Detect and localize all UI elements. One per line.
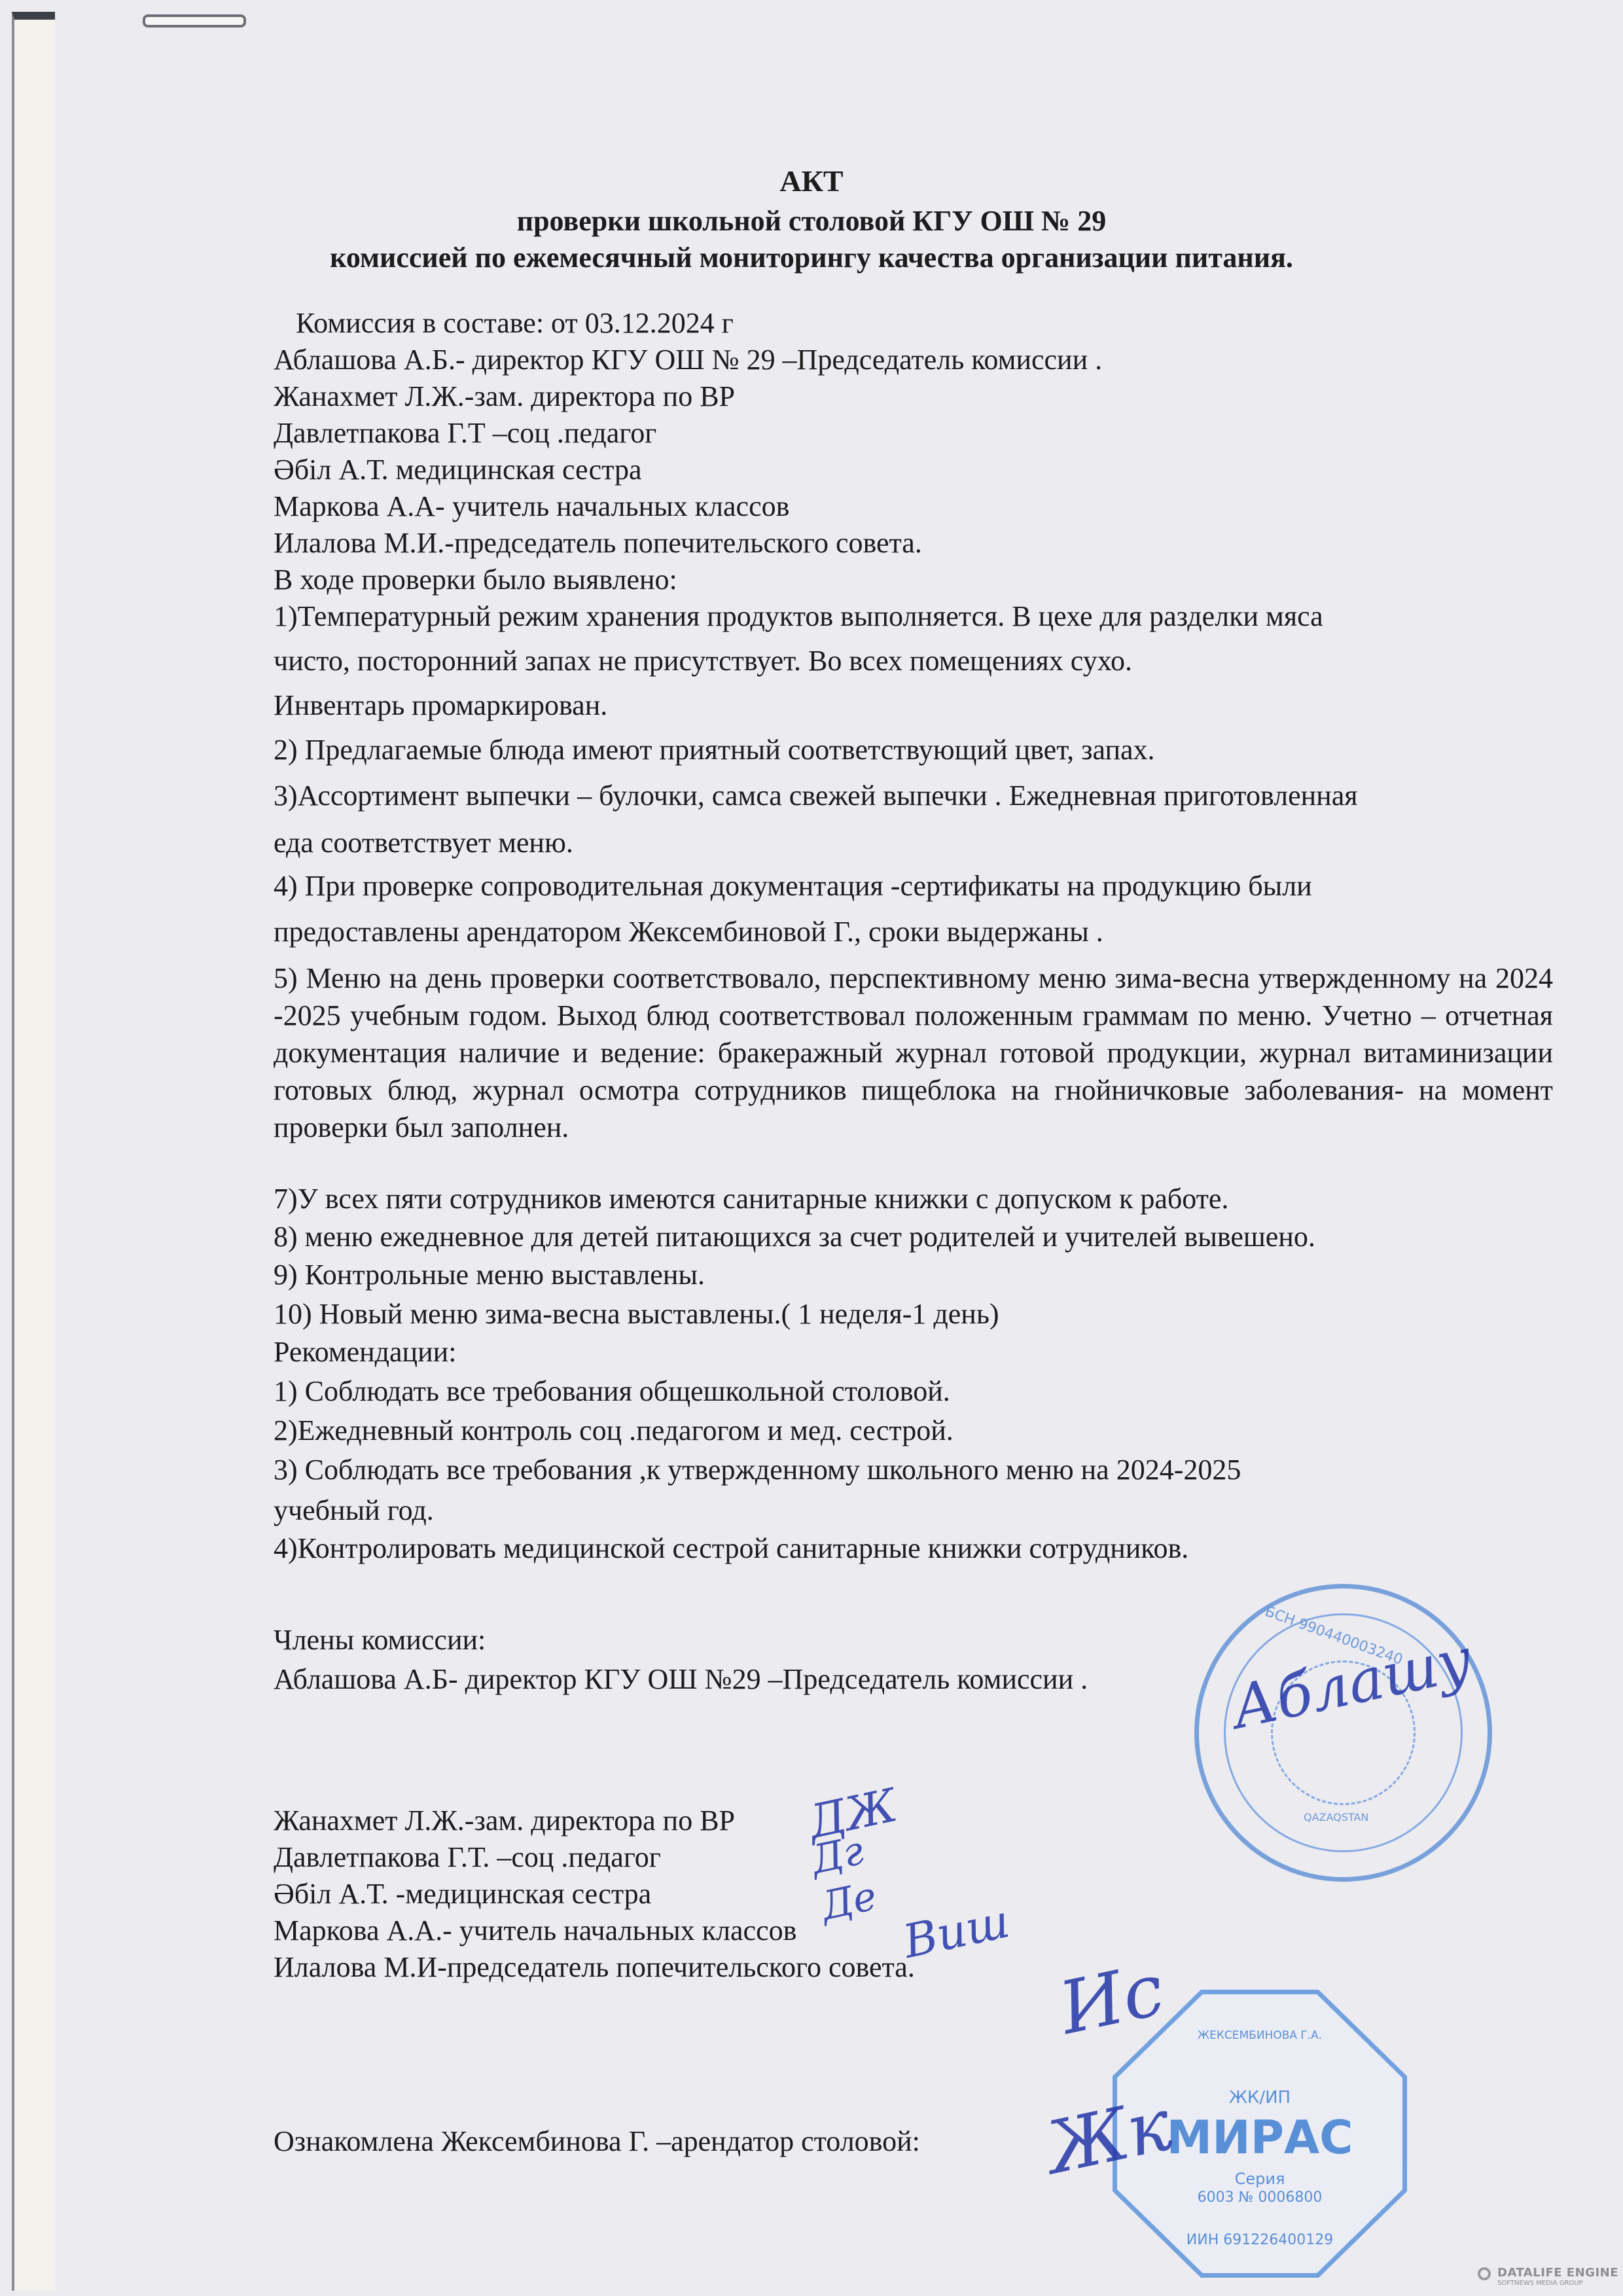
signature-markova: Виш	[899, 1894, 1014, 1969]
recommendation-line: 4)Контролировать медицинской сестрой сан…	[274, 1532, 1188, 1565]
signatory-line: Маркова А.А.- учитель начальных классов	[274, 1914, 796, 1947]
commission-member: Әбіл А.Т. медицинская сестра	[274, 453, 641, 486]
document-title: АКТ	[0, 164, 1623, 198]
recommendation-line: 1) Соблюдать все требования общешкольной…	[274, 1374, 950, 1408]
finding-line: 1)Температурный режим хранения продуктов…	[274, 600, 1323, 633]
recommendations-heading: Рекомендации:	[274, 1335, 456, 1369]
acknowledgement-line: Ознакомлена Жексембинова Г. –арендатор с…	[274, 2125, 920, 2158]
document-subtitle-2: комиссией по ежемесячный мониторингу кач…	[0, 241, 1623, 274]
finding-line: еда соответствует меню.	[274, 826, 573, 859]
findings-heading: В ходе проверки было выявлено:	[274, 563, 677, 596]
watermark: DATALIFE ENGINE SOFTNEWS MEDIA GROUP	[1497, 2266, 1618, 2287]
signatory-line: Әбіл А.Т. -медицинская сестра	[274, 1877, 651, 1910]
finding-line: предоставлены арендатором Жексембиновой …	[274, 915, 1103, 948]
finding-5-paragraph: 5) Меню на день проверки соответствовало…	[274, 960, 1553, 1146]
recommendation-line: учебный год.	[274, 1494, 434, 1527]
watermark-title: DATALIFE ENGINE	[1497, 2266, 1618, 2280]
signatory-line: Илалова М.И-председатель попечительского…	[274, 1950, 915, 1984]
signatories-heading: Члены комиссии:	[274, 1623, 486, 1657]
commission-member: Давлетпакова Г.Т –соц .педагог	[274, 416, 656, 450]
finding-line: 2) Предлагаемые блюда имеют приятный соо…	[274, 733, 1155, 766]
stamp-series: 6003 № 0006800	[1113, 2189, 1407, 2206]
finding-line: 9) Контрольные меню выставлены.	[274, 1258, 705, 1291]
signature-davletpakova: Дг	[808, 1828, 868, 1884]
commission-member: Илалова М.И.-председатель попечительског…	[274, 526, 922, 560]
signatory-line: Жанахмет Л.Ж.-зам. директора по ВР	[274, 1804, 735, 1837]
signatory-line: Давлетпакова Г.Т. –соц .педагог	[274, 1840, 661, 1874]
recommendation-line: 3) Соблюдать все требования ,к утвержден…	[274, 1453, 1241, 1486]
stamp-series-label: Серия	[1113, 2170, 1407, 2188]
commission-member: Аблашова А.Б.- директор КГУ ОШ № 29 –Пре…	[274, 343, 1102, 376]
commission-member: Жанахмет Л.Ж.-зам. директора по ВР	[274, 380, 735, 413]
finding-line: 7)У всех пяти сотрудников имеются санита…	[274, 1182, 1228, 1215]
stamp-iin: ИИН 691226400129	[1113, 2232, 1407, 2248]
finding-line: чисто, посторонний запах не присутствует…	[274, 644, 1132, 677]
stamp-emblem-text: QAZAQSTAN	[1304, 1811, 1368, 1823]
signatory-line: Аблашова А.Б- директор КГУ ОШ №29 –Предс…	[274, 1662, 1088, 1696]
watermark-subtitle: SOFTNEWS MEDIA GROUP	[1497, 2280, 1618, 2287]
commission-member: Маркова А.А- учитель начальных классов	[274, 490, 789, 523]
document-subtitle-1: проверки школьной столовой КГУ ОШ № 29	[0, 204, 1623, 238]
signature-abil: Де	[817, 1873, 881, 1929]
commission-intro: Комиссия в составе: от 03.12.2024 г	[296, 306, 734, 340]
finding-line: 3)Ассортимент выпечки – булочки, самса с…	[274, 779, 1358, 812]
finding-line: Инвентарь промаркирован.	[274, 689, 607, 722]
finding-line: 4) При проверке сопроводительная докумен…	[274, 869, 1312, 903]
datalife-logo-icon	[1478, 2267, 1491, 2280]
signature-ilalova: Ис	[1052, 1947, 1171, 2051]
recommendation-line: 2)Ежедневный контроль соц .педагогом и м…	[274, 1414, 954, 1447]
finding-line: 8) меню ежедневное для детей питающихся …	[274, 1220, 1315, 1253]
scan-edge	[12, 12, 55, 2291]
finding-line: 10) Новый меню зима-весна выставлены.( 1…	[274, 1297, 999, 1331]
staple-mark	[143, 14, 246, 27]
